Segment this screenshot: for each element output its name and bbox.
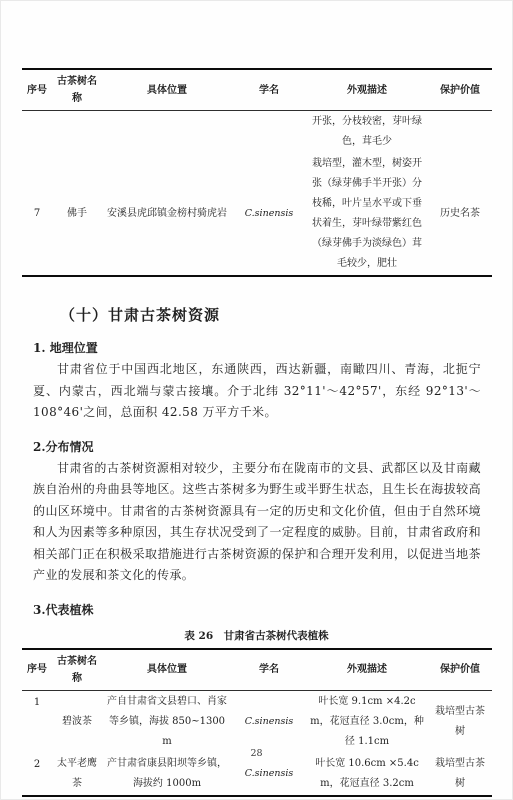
empty-cell [428, 111, 492, 154]
header-seq: 序号 [22, 649, 52, 691]
cell-latin-name: C.sinensis [232, 690, 306, 753]
header-latin-name: 学名 [232, 649, 306, 691]
cell-tree-name: 佛手 [52, 153, 102, 276]
empty-cell [22, 111, 52, 154]
empty-cell [102, 111, 232, 154]
cell-appearance: 开张，分枝较密，芽叶绿色，茸毛少 [306, 111, 428, 154]
gansu-tea-table: 序号 古茶树名称 具体位置 学名 外观描述 保护价值 1 碧波茶 产自甘肃省文县… [22, 648, 492, 797]
cell-protect-value: 历史名茶 [428, 153, 492, 276]
subsection-title-representative-plants: 3.代表植株 [33, 600, 481, 621]
header-protect-value: 保护价值 [428, 69, 492, 111]
header-latin-name: 学名 [232, 69, 306, 111]
empty-cell [52, 111, 102, 154]
empty-cell [232, 111, 306, 154]
header-tree-name: 古茶树名称 [52, 69, 102, 111]
cell-location: 安溪县虎邱镇金榜村骑虎岩 [102, 153, 232, 276]
header-appearance: 外观描述 [306, 69, 428, 111]
cell-tree-name: 碧波茶 [52, 690, 102, 753]
cell-appearance: 栽培型，灌木型，树姿开张（绿芽佛手半开张）分枝稀，叶片呈水平或下垂状着生，芽叶绿… [306, 153, 428, 276]
cell-seq: 1 [22, 690, 52, 753]
cell-seq: 7 [22, 153, 52, 276]
table-row-continuation: 开张，分枝较密，芽叶绿色，茸毛少 [22, 111, 492, 154]
table-header-row: 序号 古茶树名称 具体位置 学名 外观描述 保护价值 [22, 649, 492, 691]
cell-location: 产自甘肃省文县碧口、肖家等乡镇，海拔 850~1300m [102, 690, 232, 753]
paragraph-distribution: 甘肃省的古茶树资源相对较少，主要分布在陇南市的文县、武都区以及甘南藏族自治州的舟… [33, 458, 481, 587]
header-location: 具体位置 [102, 649, 232, 691]
header-location: 具体位置 [102, 69, 232, 111]
paragraph-geography: 甘肃省位于中国西北地区，东通陕西，西达新疆，南瞰四川、青海，北扼宁夏、内蒙古，西… [33, 359, 481, 424]
document-page: 序号 古茶树名称 具体位置 学名 外观描述 保护价值 开张，分枝较密，芽叶绿色，… [0, 0, 513, 800]
subsection-title-distribution: 2.分布情况 [33, 437, 481, 458]
table-row: 1 碧波茶 产自甘肃省文县碧口、肖家等乡镇，海拔 850~1300m C.sin… [22, 690, 492, 753]
ancient-tea-table-continued: 序号 古茶树名称 具体位置 学名 外观描述 保护价值 开张，分枝较密，芽叶绿色，… [22, 68, 492, 277]
table-header-row: 序号 古茶树名称 具体位置 学名 外观描述 保护价值 [22, 69, 492, 111]
subsection-title-geography: 1. 地理位置 [33, 338, 481, 359]
header-protect-value: 保护价值 [428, 649, 492, 691]
table-row: 7 佛手 安溪县虎邱镇金榜村骑虎岩 C.sinensis 栽培型，灌木型，树姿开… [22, 153, 492, 276]
cell-appearance: 叶长宽 9.1cm ×4.2cm，花冠直径 3.0cm，种径 1.1cm [306, 690, 428, 753]
page-number: 28 [0, 748, 513, 759]
top-margin [0, 0, 513, 68]
header-appearance: 外观描述 [306, 649, 428, 691]
header-tree-name: 古茶树名称 [52, 649, 102, 691]
header-seq: 序号 [22, 69, 52, 111]
table26-caption: 表 26 甘肃省古茶树代表植株 [22, 628, 491, 644]
section-title: （十）甘肃古茶树资源 [60, 305, 481, 325]
cell-latin-name: C.sinensis [232, 153, 306, 276]
cell-protect-value: 栽培型古茶树 [428, 690, 492, 753]
